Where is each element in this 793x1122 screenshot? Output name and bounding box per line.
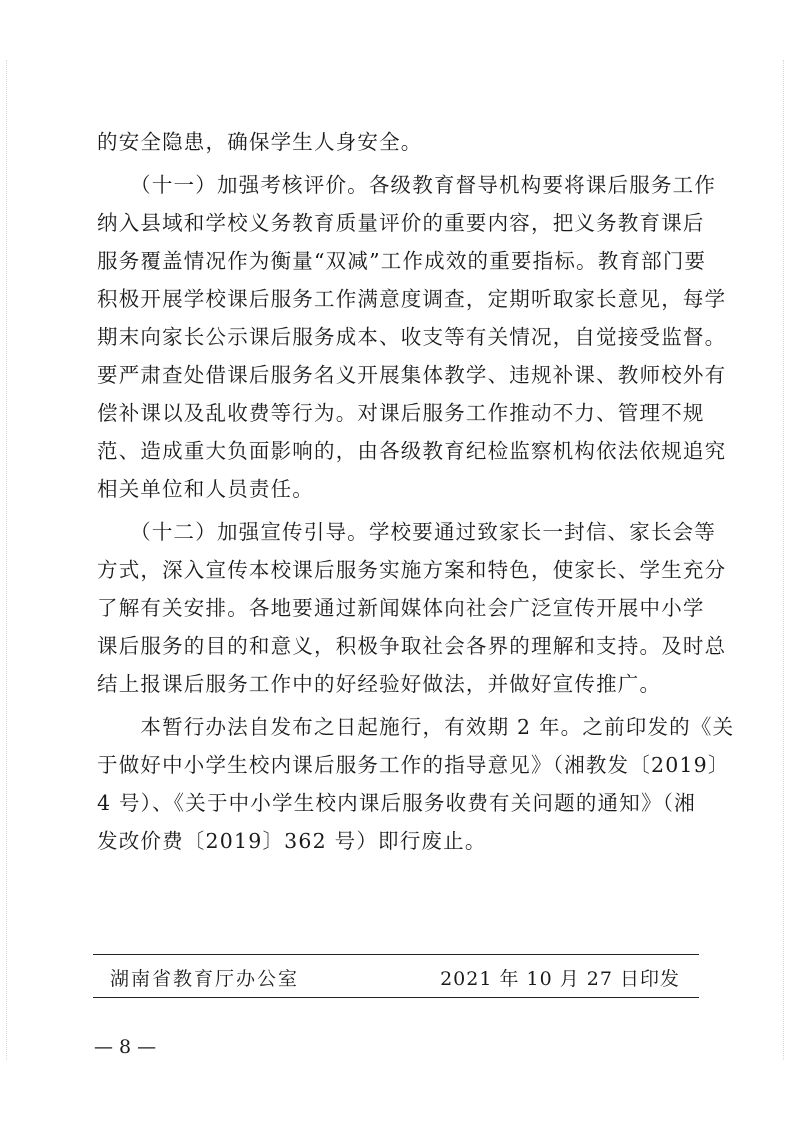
scan-edge-right	[783, 60, 785, 1060]
text-line: 纳入县域和学校义务教育质量评价的重要内容，把义务教育课后	[97, 204, 693, 242]
text-line: 范、造成重大负面影响的，由各级教育纪检监察机构依法依规追究	[97, 432, 693, 470]
footer-rule-bottom	[93, 997, 699, 998]
text-line: 了解有关安排。各地要通过新闻媒体向社会广泛宣传开展中小学	[97, 589, 693, 627]
paragraph-item-12: （十二）加强宣传引导。学校要通过致家长一封信、家长会等 方式，深入宣传本校课后服…	[97, 513, 693, 703]
text-line: （十一）加强考核评价。各级教育督导机构要将课后服务工作	[97, 166, 693, 204]
paragraph-tail-prev: 的安全隐患，确保学生人身安全。	[97, 123, 693, 161]
text-line: 要严肃查处借课后服务名义开展集体教学、违规补课、教师校外有	[97, 356, 693, 394]
page-number: — 8 —	[94, 1036, 156, 1058]
text-line: 方式，深入宣传本校课后服务实施方案和特色，使家长、学生充分	[97, 551, 693, 589]
document-body: 的安全隐患，确保学生人身安全。 （十一）加强考核评价。各级教育督导机构要将课后服…	[97, 123, 693, 860]
text-line: 结上报课后服务工作中的好经验好做法，并做好宣传推广。	[97, 665, 693, 703]
text-line: 期末向家长公示课后服务成本、收支等有关情况，自觉接受监督。	[97, 318, 693, 356]
footer-issuer: 湖南省教育厅办公室	[110, 964, 299, 991]
footer-print-date: 2021 年 10 月 27 日印发	[440, 964, 680, 991]
text-line: 于做好中小学生校内课后服务工作的指导意见》（湘教发〔2019〕	[97, 746, 693, 784]
text-line: 本暂行办法自发布之日起施行，有效期 2 年。之前印发的《关	[97, 708, 693, 746]
text-line: （十二）加强宣传引导。学校要通过致家长一封信、家长会等	[97, 513, 693, 551]
text-line: 的安全隐患，确保学生人身安全。	[97, 123, 693, 161]
text-line: 积极开展学校课后服务工作满意度调查，定期听取家长意见，每学	[97, 280, 693, 318]
text-line: 课后服务的目的和意义，积极争取社会各界的理解和支持。及时总	[97, 627, 693, 665]
scan-edge-left	[6, 60, 8, 1060]
footer-rule-top	[93, 954, 699, 955]
paragraph-item-11: （十一）加强考核评价。各级教育督导机构要将课后服务工作 纳入县域和学校义务教育质…	[97, 166, 693, 508]
paragraph-effective-clause: 本暂行办法自发布之日起施行，有效期 2 年。之前印发的《关 于做好中小学生校内课…	[97, 708, 693, 860]
text-line: 相关单位和人员责任。	[97, 470, 693, 508]
text-line: 服务覆盖情况作为衡量“双减”工作成效的重要指标。教育部门要	[97, 242, 693, 280]
text-line: 4 号）、《关于中小学生校内课后服务收费有关问题的通知》（湘	[97, 784, 693, 822]
text-line: 发改价费〔2019〕362 号）即行废止。	[97, 822, 693, 860]
text-line: 偿补课以及乱收费等行为。对课后服务工作推动不力、管理不规	[97, 394, 693, 432]
